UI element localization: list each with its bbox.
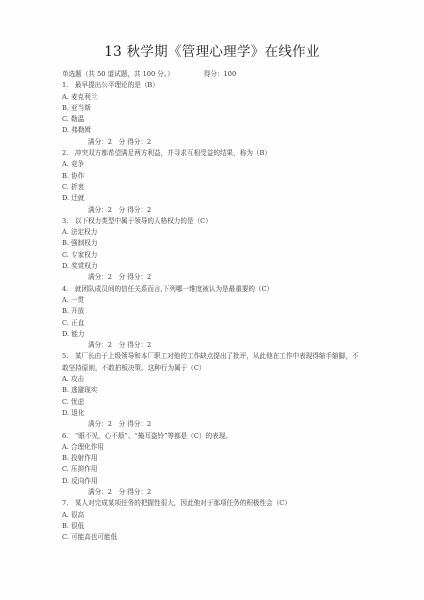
- answer-option: C. 折衷: [62, 182, 382, 193]
- question-score: 满分：2 分 得分：2: [62, 487, 382, 498]
- question-score: 满分：2 分 得分：2: [62, 340, 382, 351]
- answer-option: A. 竞争: [62, 159, 382, 170]
- document-title: 13 秋学期《管理心理学》在线作业: [0, 43, 424, 61]
- answer-option: C. 忧虑: [62, 397, 382, 408]
- answer-option: C. 专家权力: [62, 250, 382, 261]
- answer-option: C. 勒温: [62, 114, 382, 125]
- answer-option: C. 可能高也可能低: [62, 532, 382, 543]
- answer-option: A. 很高: [62, 510, 382, 521]
- question-stem: 5. 某厂长由于上级领导和本厂职工对他的工作缺点提出了批评，从此他在工作中表现得…: [62, 351, 362, 374]
- answer-option: D. 奖赏权力: [62, 261, 382, 272]
- answer-option: A. 一贯: [62, 295, 382, 306]
- answer-option: C. 压抑作用: [62, 464, 382, 475]
- answer-option: D. 弗勒姆: [62, 125, 382, 136]
- question-stem: 4. 就团队成员间的信任关系而言,下列哪一维度被认为是最重要的（C）: [62, 284, 382, 295]
- answer-option: D. 退化: [62, 408, 382, 419]
- document-page: 13 秋学期《管理心理学》在线作业 单选题（共 50 道试题，共 100 分。）…: [0, 0, 424, 600]
- section-summary: 单选题（共 50 道试题，共 100 分。）: [62, 70, 174, 78]
- total-score: 得分：100: [204, 70, 236, 78]
- question-stem: 6. “眼不见，心不烦”、“掩耳盗铃”等都是（C）的表现。: [62, 431, 382, 442]
- question-list: 1. 最早提出公平理论的是（B）A. 麦克利兰B. 亚当斯C. 勒温D. 弗勒姆…: [62, 80, 382, 543]
- answer-option: A. 攻击: [62, 374, 382, 385]
- answer-option: B. 协作: [62, 171, 382, 182]
- document-body: 单选题（共 50 道试题，共 100 分。）得分：100 1. 最早提出公平理论…: [62, 69, 382, 543]
- question-stem: 7. 某人对完成某项任务的把握性很大，因此他对于那项任务的积极性会（C）: [62, 498, 382, 509]
- answer-option: B. 逃避现实: [62, 385, 382, 396]
- question-score: 满分：2 分 得分：2: [62, 272, 382, 283]
- summary-line: 单选题（共 50 道试题，共 100 分。）得分：100: [62, 69, 382, 80]
- question-score: 满分：2 分 得分：2: [62, 419, 382, 430]
- answer-option: A. 法定权力: [62, 227, 382, 238]
- answer-option: B. 强制权力: [62, 238, 382, 249]
- answer-option: A. 麦克利兰: [62, 92, 382, 103]
- question-score: 满分：2 分 得分：2: [62, 205, 382, 216]
- answer-option: B. 投射作用: [62, 453, 382, 464]
- question-item: 4. 就团队成员间的信任关系而言,下列哪一维度被认为是最重要的（C）A. 一贯B…: [62, 284, 382, 352]
- answer-option: A. 合理化作用: [62, 442, 382, 453]
- answer-option: D. 反向作用: [62, 476, 382, 487]
- question-stem: 3. 以下权力类型中属于领导的人格权力的是（C）: [62, 216, 382, 227]
- question-item: 5. 某厂长由于上级领导和本厂职工对他的工作缺点提出了批评，从此他在工作中表现得…: [62, 351, 382, 430]
- answer-option: D. 迁就: [62, 193, 382, 204]
- answer-option: B. 开放: [62, 306, 382, 317]
- answer-option: D. 能力: [62, 329, 382, 340]
- question-item: 6. “眼不见，心不烦”、“掩耳盗铃”等都是（C）的表现。A. 合理化作用B. …: [62, 431, 382, 499]
- answer-option: B. 很低: [62, 521, 382, 532]
- question-stem: 2. 冲突双方都希望满足两方利益，并寻求互相受益的结果，称为（B）: [62, 148, 382, 159]
- answer-option: C. 正直: [62, 318, 382, 329]
- question-item: 3. 以下权力类型中属于领导的人格权力的是（C）A. 法定权力B. 强制权力C.…: [62, 216, 382, 284]
- question-score: 满分：2 分 得分：2: [62, 137, 382, 148]
- question-item: 7. 某人对完成某项任务的把握性很大，因此他对于那项任务的积极性会（C）A. 很…: [62, 498, 382, 543]
- question-item: 1. 最早提出公平理论的是（B）A. 麦克利兰B. 亚当斯C. 勒温D. 弗勒姆…: [62, 80, 382, 148]
- question-stem: 1. 最早提出公平理论的是（B）: [62, 80, 382, 91]
- question-item: 2. 冲突双方都希望满足两方利益，并寻求互相受益的结果，称为（B）A. 竞争B.…: [62, 148, 382, 216]
- answer-option: B. 亚当斯: [62, 103, 382, 114]
